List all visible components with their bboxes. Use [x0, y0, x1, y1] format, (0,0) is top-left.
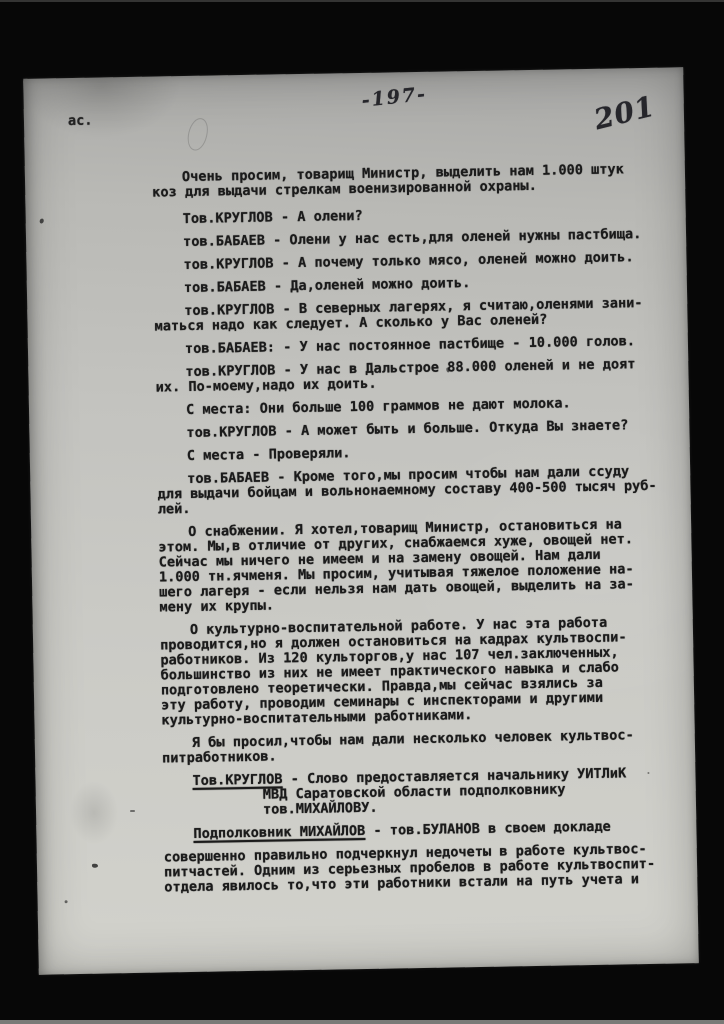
paragraph: тов.КРУГЛОВ - В северных лагерях, я счит…	[154, 296, 674, 335]
scanner-background: { "annotations": { "typist_initials": "а…	[0, 0, 724, 1024]
scan-speck	[130, 810, 135, 812]
typed-line: тов.КРУГЛОВ - А может быть и больше. Отк…	[156, 417, 676, 441]
scan-edge-bottom	[0, 1020, 724, 1024]
paper-smudge-oval	[185, 116, 211, 152]
paragraph: тов.КРУГЛОВ - А может быть и больше. Отк…	[156, 417, 676, 441]
paragraph: О культурно-воспитательной работе. У нас…	[160, 614, 682, 728]
scan-speck	[65, 900, 68, 903]
typed-line: Тов.КРУГЛОВ - А олени?	[153, 204, 673, 228]
typed-line: Подполковник МИХАЙЛОВ - тов.БУЛАНОВ в св…	[163, 818, 683, 842]
paragraph: тов.БАБАЕВ - Кроме того,мы просим чтобы …	[157, 463, 678, 517]
underlined-speaker: Подполковник МИХАЙЛОВ	[193, 823, 365, 842]
typed-line: тов.БАБАЕВ: - У нас постоянное пастбище …	[155, 333, 675, 357]
paragraph: Я бы просил,чтобы нам дали несколько чел…	[162, 727, 682, 766]
typed-line: тов.БАБАЕВ - Да,оленей можно доить.	[154, 273, 674, 297]
scan-edge-top	[0, 0, 724, 2]
typed-text-body: Очень просим, товарищ Министр, выделить …	[152, 162, 685, 904]
paragraph: О снабжении. Я хотел,товарищ Министр, ос…	[158, 516, 679, 615]
paragraph: тов.КРУГЛОВ - У нас в Дальстрое 88.000 о…	[155, 356, 675, 395]
typed-line: С места: Они больше 100 граммов не дают …	[156, 394, 676, 418]
scan-speck	[92, 864, 98, 868]
paragraph: тов.БАБАЕВ - Да,оленей можно доить.	[154, 273, 674, 297]
paragraph: тов.БАБАЕВ - Олени у нас есть,для оленей…	[153, 227, 673, 251]
typed-line: тов.БАБАЕВ - Олени у нас есть,для оленей…	[153, 227, 673, 251]
paragraph: Очень просим, товарищ Министр, выделить …	[152, 162, 672, 201]
paragraph: тов.КРУГЛОВ - А почему только мясо, олен…	[153, 250, 673, 274]
paragraph: тов.БАБАЕВ: - У нас постоянное пастбище …	[155, 333, 675, 357]
paragraph: С места - Проверяли.	[157, 440, 677, 464]
paragraph: Подполковник МИХАЙЛОВ - тов.БУЛАНОВ в св…	[163, 818, 683, 842]
paragraph: Тов.КРУГЛОВ - А олени?	[153, 204, 673, 228]
paragraph: совершенно правильно подчеркнул недочеты…	[164, 841, 685, 895]
typist-initials: ас.	[68, 113, 93, 129]
handwritten-folio-number: 201	[591, 89, 659, 136]
document-page: ас. -197- 201 Очень просим, товарищ Мини…	[23, 67, 699, 974]
handwritten-page-number: -197-	[361, 83, 428, 112]
paragraph: Тов.КРУГЛОВ - Слово предоставляется нача…	[162, 765, 683, 819]
typed-line: тов.КРУГЛОВ - А почему только мясо, олен…	[153, 250, 673, 274]
scan-speck	[39, 218, 44, 224]
typed-line: С места - Проверяли.	[157, 440, 677, 464]
paragraph: С места: Они больше 100 граммов не дают …	[156, 394, 676, 418]
